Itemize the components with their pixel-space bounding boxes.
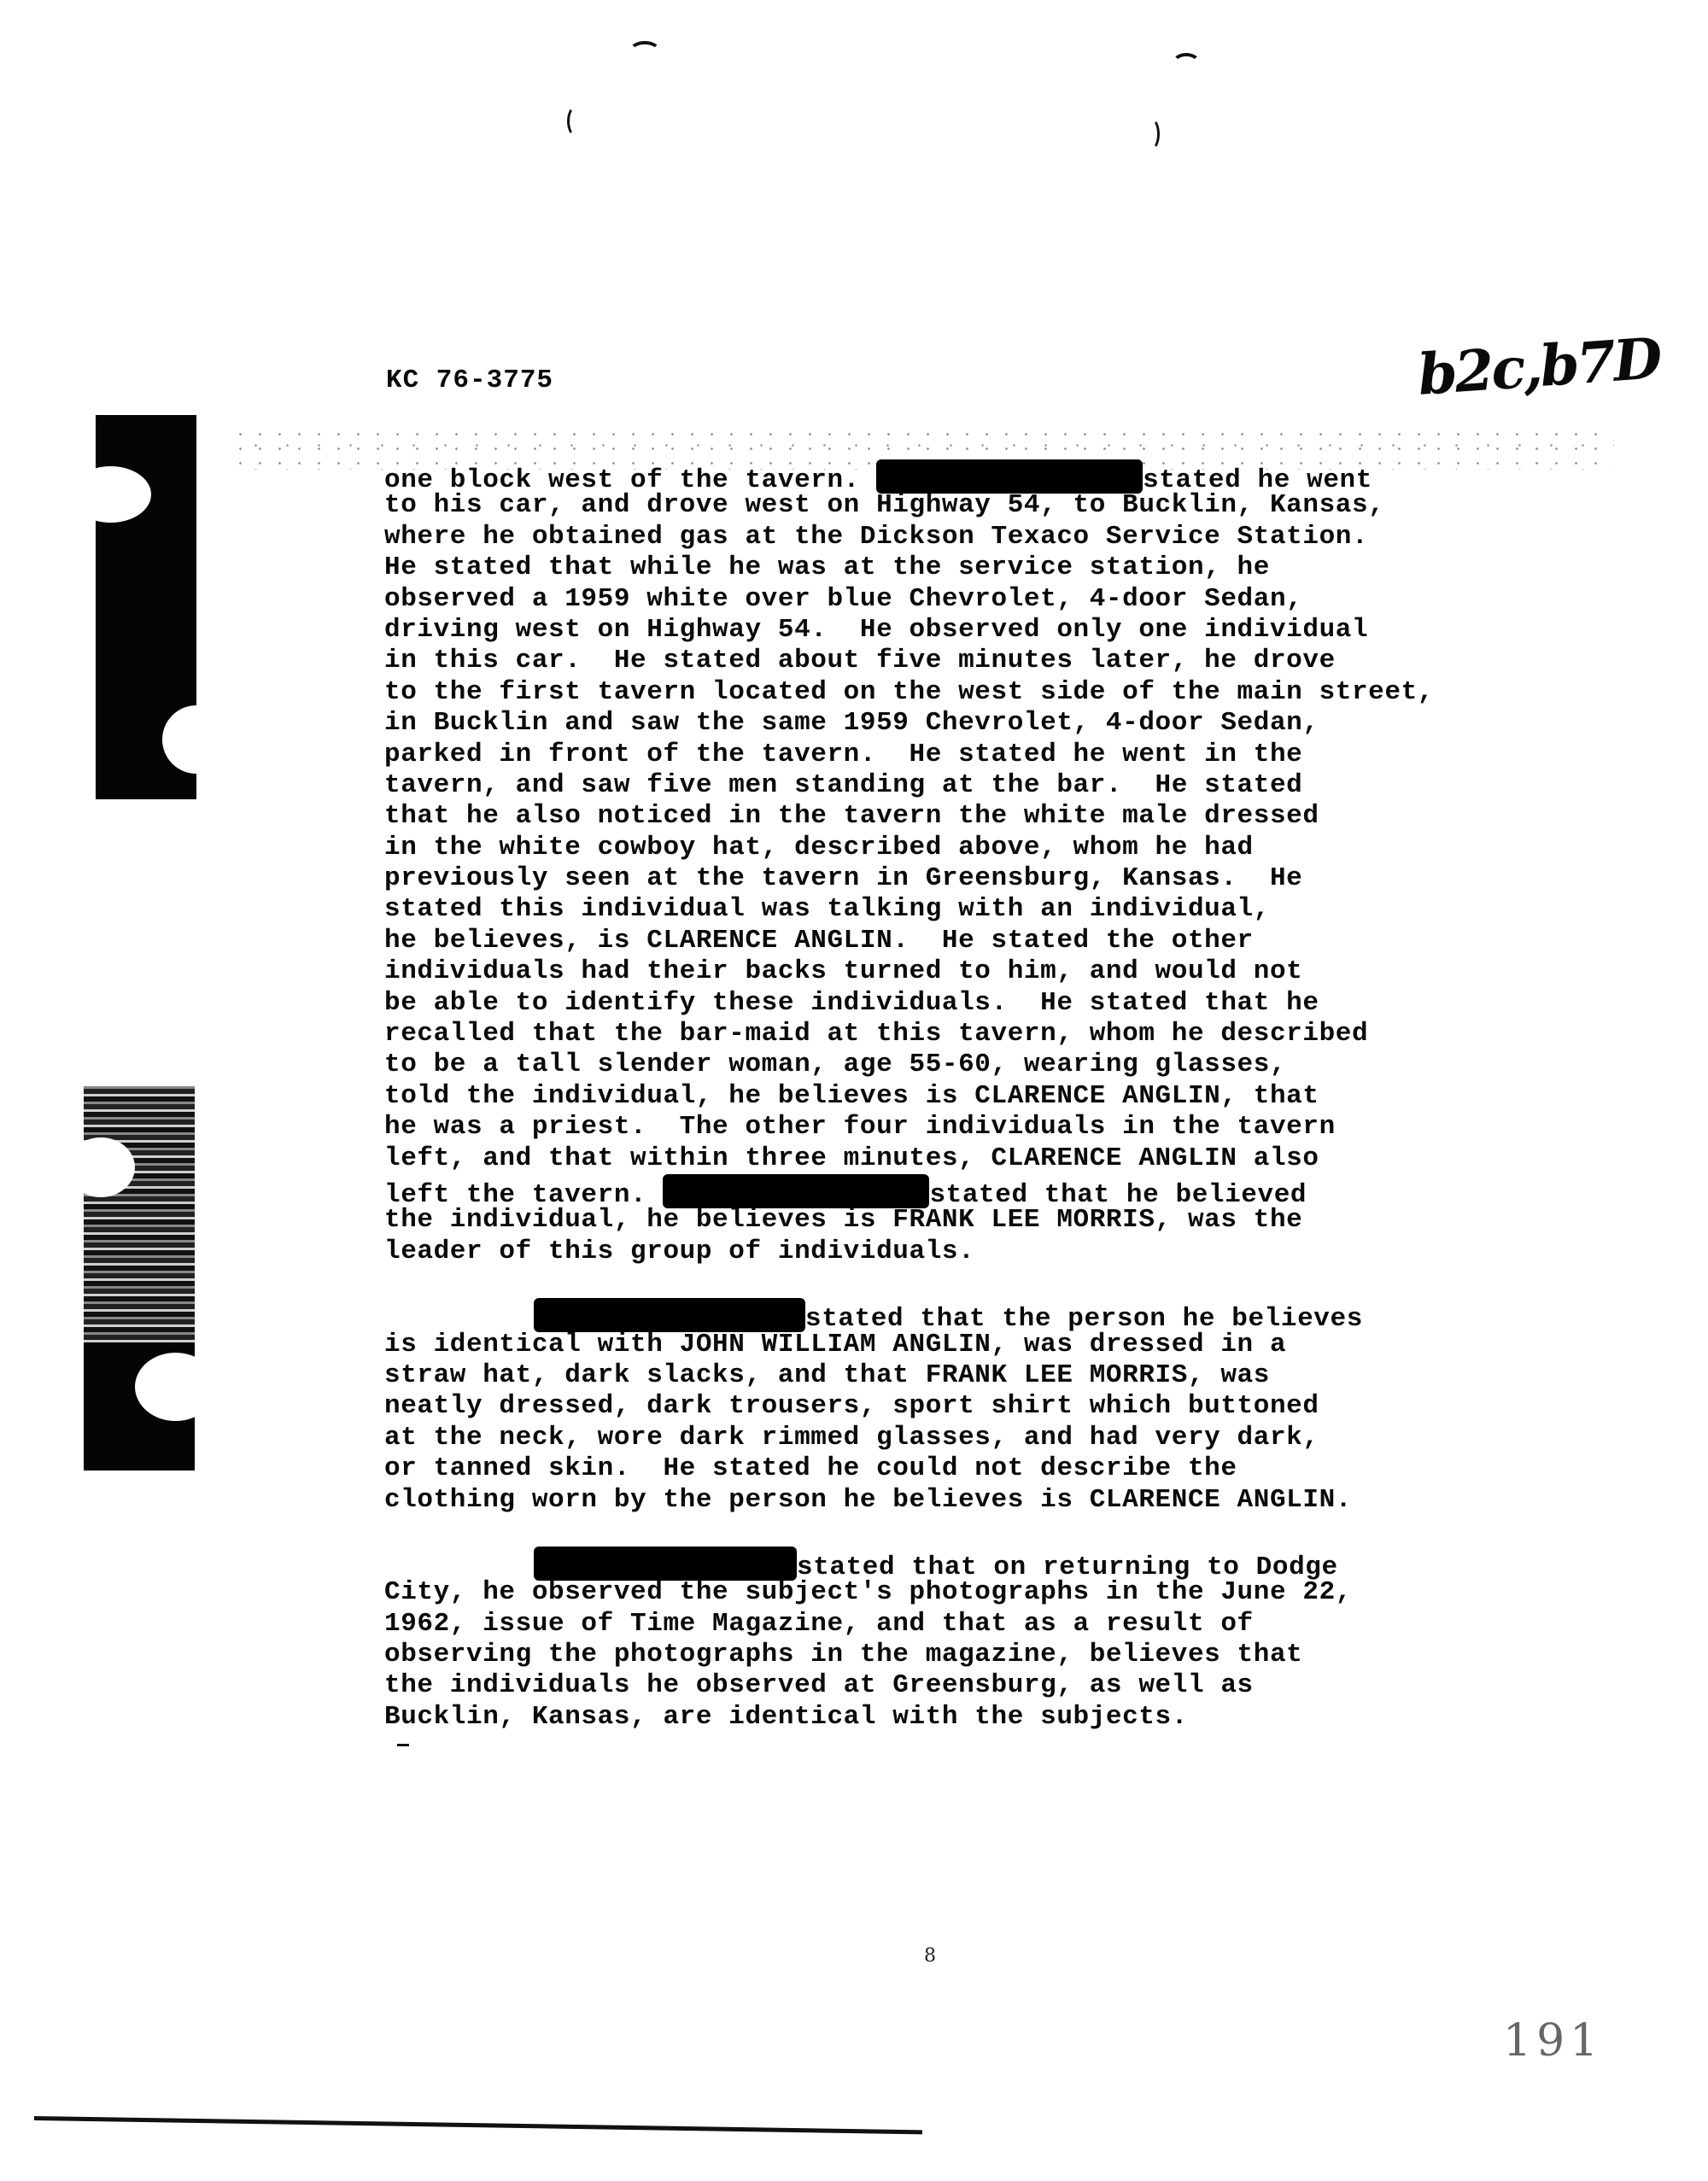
page-number: 8 [924, 1945, 936, 1967]
text-line: leader of this group of individuals. [384, 1237, 1614, 1267]
text-line: stated that the person he believes [384, 1298, 1614, 1329]
text-line: City, he observed the subject's photogra… [384, 1577, 1614, 1608]
text-line: He stated that while he was at the servi… [384, 553, 1614, 583]
binder-hole [162, 705, 231, 774]
punch-hole-arc-left [567, 106, 584, 137]
punch-hole-mark-left [629, 41, 661, 63]
redaction-block [534, 1298, 805, 1332]
paragraph: stated that the person he believesis ide… [384, 1298, 1614, 1516]
text-line: he believes, is CLARENCE ANGLIN. He stat… [384, 926, 1614, 956]
text-line: 1962, issue of Time Magazine, and that a… [384, 1609, 1614, 1640]
handwritten-exemption-annotation: b2c,b7D [1416, 325, 1662, 408]
text-line: that he also noticed in the tavern the w… [384, 801, 1614, 832]
text-line: in the white cowboy hat, described above… [384, 833, 1614, 863]
scan-edge-strip [96, 415, 196, 799]
text-line: parked in front of the tavern. He stated… [384, 740, 1614, 770]
punch-hole-arc-right [1143, 118, 1160, 150]
footer-rule [34, 2116, 922, 2134]
redaction-block [876, 459, 1143, 494]
text-line: previously seen at the tavern in Greensb… [384, 863, 1614, 894]
text-line: the individual, he believes is FRANK LEE… [384, 1205, 1614, 1236]
text-line: to his car, and drove west on Highway 54… [384, 490, 1614, 521]
text-line: driving west on Highway 54. He observed … [384, 615, 1614, 646]
text-line: to the first tavern located on the west … [384, 677, 1614, 708]
scan-edge-strip [84, 1086, 195, 1471]
text-line: to be a tall slender woman, age 55-60, w… [384, 1050, 1614, 1080]
text-line: is identical with JOHN WILLIAM ANGLIN, w… [384, 1330, 1614, 1360]
text-line: told the individual, he believes is CLAR… [384, 1081, 1614, 1112]
text-line: neatly dressed, dark trousers, sport shi… [384, 1391, 1614, 1422]
text-line: individuals had their backs turned to hi… [384, 956, 1614, 987]
text-line: in this car. He stated about five minute… [384, 646, 1614, 676]
text-line: straw hat, dark slacks, and that FRANK L… [384, 1360, 1614, 1391]
text-line: Bucklin, Kansas, are identical with the … [384, 1702, 1614, 1733]
scan-mark [397, 1744, 409, 1746]
paragraph: stated that on returning to DodgeCity, h… [384, 1547, 1614, 1733]
document-body: one block west of the tavern. stated he … [384, 459, 1614, 1733]
text-line: observing the photographs in the magazin… [384, 1640, 1614, 1670]
text-line: the individuals he observed at Greensbur… [384, 1670, 1614, 1701]
text-line: or tanned skin. He stated he could not d… [384, 1453, 1614, 1484]
paragraph: one block west of the tavern. stated he … [384, 459, 1614, 1267]
text-line: observed a 1959 white over blue Chevrole… [384, 584, 1614, 615]
redaction-block [534, 1547, 797, 1581]
text-line: tavern, and saw five men standing at the… [384, 770, 1614, 801]
text-line: clothing worn by the person he believes … [384, 1485, 1614, 1516]
text-line: left, and that within three minutes, CLA… [384, 1143, 1614, 1174]
text-line: one block west of the tavern. stated he … [384, 459, 1614, 490]
text-line: at the neck, wore dark rimmed glasses, a… [384, 1423, 1614, 1453]
serial-stamp-number: 191 [1503, 2015, 1603, 2067]
binder-hole [67, 1137, 135, 1197]
text-line: be able to identify these individuals. H… [384, 988, 1614, 1019]
text-line: in Bucklin and saw the same 1959 Chevrol… [384, 708, 1614, 739]
punch-hole-mark-right [1172, 53, 1201, 75]
document-page: KC 76-3775 b2c,b7D one block west of the… [0, 0, 1708, 2181]
text-line: he was a priest. The other four individu… [384, 1112, 1614, 1143]
text-line: where he obtained gas at the Dickson Tex… [384, 522, 1614, 553]
file-number: KC 76-3775 [386, 365, 553, 395]
binder-hole [70, 466, 151, 523]
redaction-block [663, 1174, 929, 1208]
text-line: stated this individual was talking with … [384, 894, 1614, 925]
binder-hole [135, 1353, 216, 1421]
text-line: left the tavern. stated that he believed [384, 1174, 1614, 1205]
text-line: stated that on returning to Dodge [384, 1547, 1614, 1577]
text-line: recalled that the bar-maid at this taver… [384, 1019, 1614, 1050]
